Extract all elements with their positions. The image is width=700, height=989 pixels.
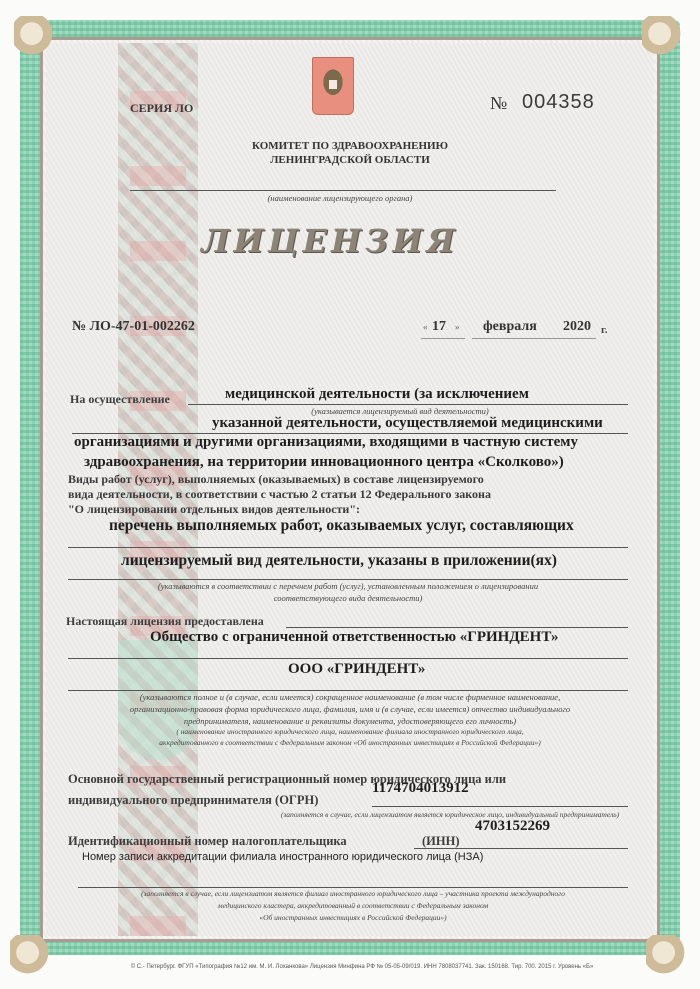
licensee-hint-line-1: (указываются полное и (в случае, если им… bbox=[60, 691, 640, 703]
nza-hint-line-3: «Об иностранных инвестициях в Российской… bbox=[68, 912, 638, 924]
date-close-quote: » bbox=[455, 322, 460, 332]
licensee-hint-line-5: аккредитованного в соответствии с Федера… bbox=[60, 737, 640, 749]
works-value-line-1: перечень выполняемых работ, оказываемых … bbox=[109, 517, 574, 535]
document-title: ЛИЦЕНЗИЯ bbox=[180, 222, 480, 260]
date-open-quote: « bbox=[423, 322, 428, 332]
activity-line-4: здравоохранения, на территории инновацио… bbox=[84, 454, 564, 471]
inn-label: Идентификационный номер налогоплательщик… bbox=[68, 834, 347, 849]
authority-hint: (наименование лицензирующего органа) bbox=[190, 192, 490, 204]
corner-ornament-icon bbox=[10, 935, 54, 979]
works-intro-line-1: Виды работ (услуг), выполняемых (оказыва… bbox=[68, 472, 484, 486]
licensee-short-name: ООО «ГРИНДЕНТ» bbox=[288, 661, 425, 678]
date-day: 17 bbox=[432, 319, 446, 335]
day-underline bbox=[421, 338, 465, 339]
inn-value: 4703152269 bbox=[475, 818, 550, 835]
nza-label: Номер записи аккредитации филиала иностр… bbox=[82, 851, 483, 863]
licensee-hint-line-2: организационно-правовая форма юридическо… bbox=[60, 703, 640, 715]
authority-line-1: КОМИТЕТ ПО ЗДРАВООХРАНЕНИЮ bbox=[200, 139, 500, 153]
inn-label-suffix: (ИНН) bbox=[422, 834, 460, 849]
month-underline bbox=[472, 338, 568, 339]
activity-line-1: медицинской деятельности (за исключением bbox=[225, 386, 529, 403]
activity-label: На осуществление bbox=[70, 392, 170, 407]
series-label: СЕРИЯ ЛО bbox=[130, 101, 193, 116]
licensing-authority: КОМИТЕТ ПО ЗДРАВООХРАНЕНИЮ ЛЕНИНГРАДСКОЙ… bbox=[200, 139, 500, 167]
works-underline-1 bbox=[68, 547, 628, 548]
date-year: 2020 bbox=[563, 319, 591, 335]
works-hint-line-2: соответствующего вида деятельности) bbox=[68, 592, 628, 604]
licensee-full-name: Общество с ограниченной ответственностью… bbox=[150, 629, 558, 646]
nza-hint-line-2: медицинского кластера, аккредитованный в… bbox=[68, 900, 638, 912]
corner-ornament-icon bbox=[646, 935, 690, 979]
ogrn-label-line-2: индивидуального предпринимателя (ОГРН) bbox=[68, 793, 318, 808]
st-george-shield-icon bbox=[329, 80, 337, 89]
date-month: февраля bbox=[483, 319, 537, 335]
ogrn-value: 1174704013912 bbox=[372, 780, 469, 797]
form-number: 004358 bbox=[522, 91, 595, 114]
licensee-label: Настоящая лицензия предоставлена bbox=[66, 614, 264, 629]
works-intro-line-3: "О лицензировании отдельных видов деятел… bbox=[68, 502, 360, 516]
works-value-line-2: лицензируемый вид деятельности, указаны … bbox=[121, 552, 557, 570]
number-sign: № bbox=[490, 93, 507, 114]
russian-coat-of-arms-icon bbox=[312, 57, 354, 115]
works-hint-line-1: (указываются в соответствии с перечнем р… bbox=[68, 580, 628, 592]
licensee-label-underline bbox=[286, 627, 628, 628]
inn-underline bbox=[414, 848, 628, 849]
printer-imprint: © С.- Петербург. ФГУП «Типография №12 им… bbox=[62, 964, 662, 970]
authority-underline bbox=[130, 190, 556, 191]
works-intro-line-2: вида деятельности, в соответствии с част… bbox=[68, 487, 491, 501]
corner-ornament-icon bbox=[642, 16, 686, 60]
authority-line-2: ЛЕНИНГРАДСКОЙ ОБЛАСТИ bbox=[200, 153, 500, 167]
ogrn-hint: (заполняется в случае, если лицензиатом … bbox=[260, 809, 640, 821]
nza-hint-line-1: (заполняется в случае, если лицензиатом … bbox=[68, 888, 638, 900]
license-number: № ЛО-47-01-002262 bbox=[72, 319, 195, 335]
activity-line-2: указанной деятельности, осуществляемой м… bbox=[212, 415, 603, 432]
licensee-underline-1 bbox=[68, 658, 628, 659]
ogrn-underline bbox=[372, 806, 628, 807]
year-underline bbox=[560, 338, 596, 339]
activity-line-3: организациями и другими организациями, в… bbox=[74, 434, 578, 451]
corner-ornament-icon bbox=[14, 16, 58, 60]
date-year-suffix: г. bbox=[601, 324, 608, 336]
